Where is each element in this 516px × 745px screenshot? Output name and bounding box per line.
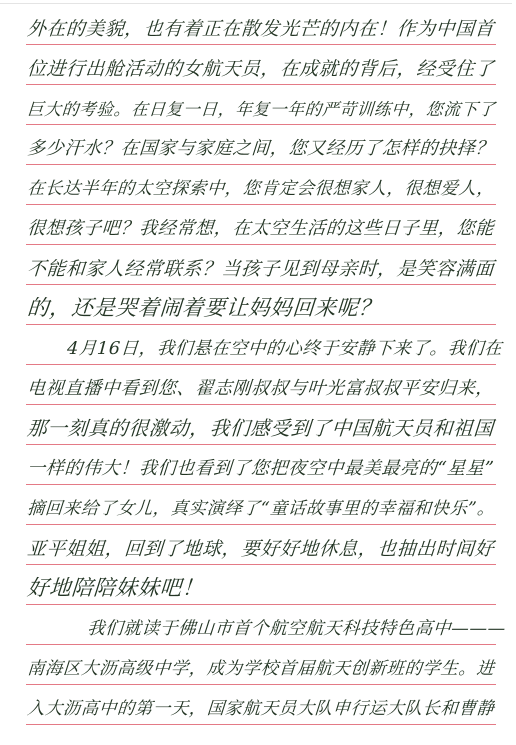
handwritten-line-paragraph-start: 我们就读于佛山市首个航空航天科技特色高中——— [26, 615, 507, 644]
handwritten-line: 摘回来给了女儿，真实演绎了“童话故事里的幸福和快乐”。 [26, 495, 498, 524]
handwritten-line: 那一刻真的很激动，我们感受到了中国航天员和祖国 [26, 415, 498, 444]
handwritten-line: 巨大的考验。在日复一日，年复一年的严苛训练中，您流下了 [26, 95, 498, 124]
ruled-line-8: 的，还是哭着闹着要让妈妈回来呢？ [26, 291, 496, 325]
ruled-line-6: 很想孩子吧？我经常想，在太空生活的这些日子里，您能 [26, 211, 496, 245]
handwritten-line: 很想孩子吧？我经常想，在太空生活的这些日子里，您能 [26, 215, 498, 244]
ruled-line-7: 不能和家人经常联系？当孩子见到母亲时，是笑容满面 [26, 251, 496, 285]
handwritten-line: 的，还是哭着闹着要让妈妈回来呢？ [26, 295, 498, 324]
ruled-line-16: 我们就读于佛山市首个航空航天科技特色高中——— [26, 611, 496, 645]
handwritten-line-paragraph-start: 4月16日，我们悬在空中的心终于安静下来了。我们在 [26, 335, 503, 364]
ruled-line-13: 摘回来给了女儿，真实演绎了“童话故事里的幸福和快乐”。 [26, 491, 496, 525]
ruled-line-14: 亚平姐姐，回到了地球，要好好地休息，也抽出时间好 [26, 531, 496, 565]
handwritten-line: 电视直播中看到您、翟志刚叔叔与叶光富叔叔平安归来， [26, 375, 498, 404]
handwritten-line: 亚平姐姐，回到了地球，要好好地休息，也抽出时间好 [26, 535, 498, 564]
handwritten-line: 多少汗水？在国家与家庭之间，您又经历了怎样的抉择？ [26, 135, 498, 164]
lined-paper-sheet: 外在的美貌，也有着正在散发光芒的内在！作为中国首 位进行出舱活动的女航天员，在成… [0, 0, 516, 745]
handwritten-line: 好地陪陪妹妹吧！ [26, 575, 498, 604]
handwritten-line: 在长达半年的太空探索中，您肯定会很想家人，很想爱人， [26, 175, 498, 204]
ruled-line-9: 4月16日，我们悬在空中的心终于安静下来了。我们在 [26, 331, 496, 365]
ruled-line-1: 外在的美貌，也有着正在散发光芒的内在！作为中国首 [26, 11, 496, 45]
handwritten-line: 南海区大沥高级中学，成为学校首届航天创新班的学生。进 [26, 655, 498, 684]
handwritten-line: 一样的伟大！我们也看到了您把夜空中最美最亮的“星星” [26, 455, 498, 484]
ruled-line-18: 入大沥高中的第一天，国家航天员大队申行运大队长和曹静 [26, 691, 496, 725]
ruled-line-17: 南海区大沥高级中学，成为学校首届航天创新班的学生。进 [26, 651, 496, 685]
ruled-line-10: 电视直播中看到您、翟志刚叔叔与叶光富叔叔平安归来， [26, 371, 496, 405]
ruled-line-12: 一样的伟大！我们也看到了您把夜空中最美最亮的“星星” [26, 451, 496, 485]
ruled-line-2: 位进行出舱活动的女航天员，在成就的背后，经受住了 [26, 51, 496, 85]
handwritten-line: 外在的美貌，也有着正在散发光芒的内在！作为中国首 [26, 15, 498, 44]
handwritten-line: 位进行出舱活动的女航天员，在成就的背后，经受住了 [26, 55, 498, 84]
ruled-line-15: 好地陪陪妹妹吧！ [26, 571, 496, 605]
handwritten-line: 入大沥高中的第一天，国家航天员大队申行运大队长和曹静 [26, 695, 498, 724]
ruled-line-11: 那一刻真的很激动，我们感受到了中国航天员和祖国 [26, 411, 496, 445]
ruled-line-5: 在长达半年的太空探索中，您肯定会很想家人，很想爱人， [26, 171, 496, 205]
handwritten-line: 不能和家人经常联系？当孩子见到母亲时，是笑容满面 [26, 255, 498, 284]
ruled-line-4: 多少汗水？在国家与家庭之间，您又经历了怎样的抉择？ [26, 131, 496, 165]
ruled-line-3: 巨大的考验。在日复一日，年复一年的严苛训练中，您流下了 [26, 91, 496, 125]
